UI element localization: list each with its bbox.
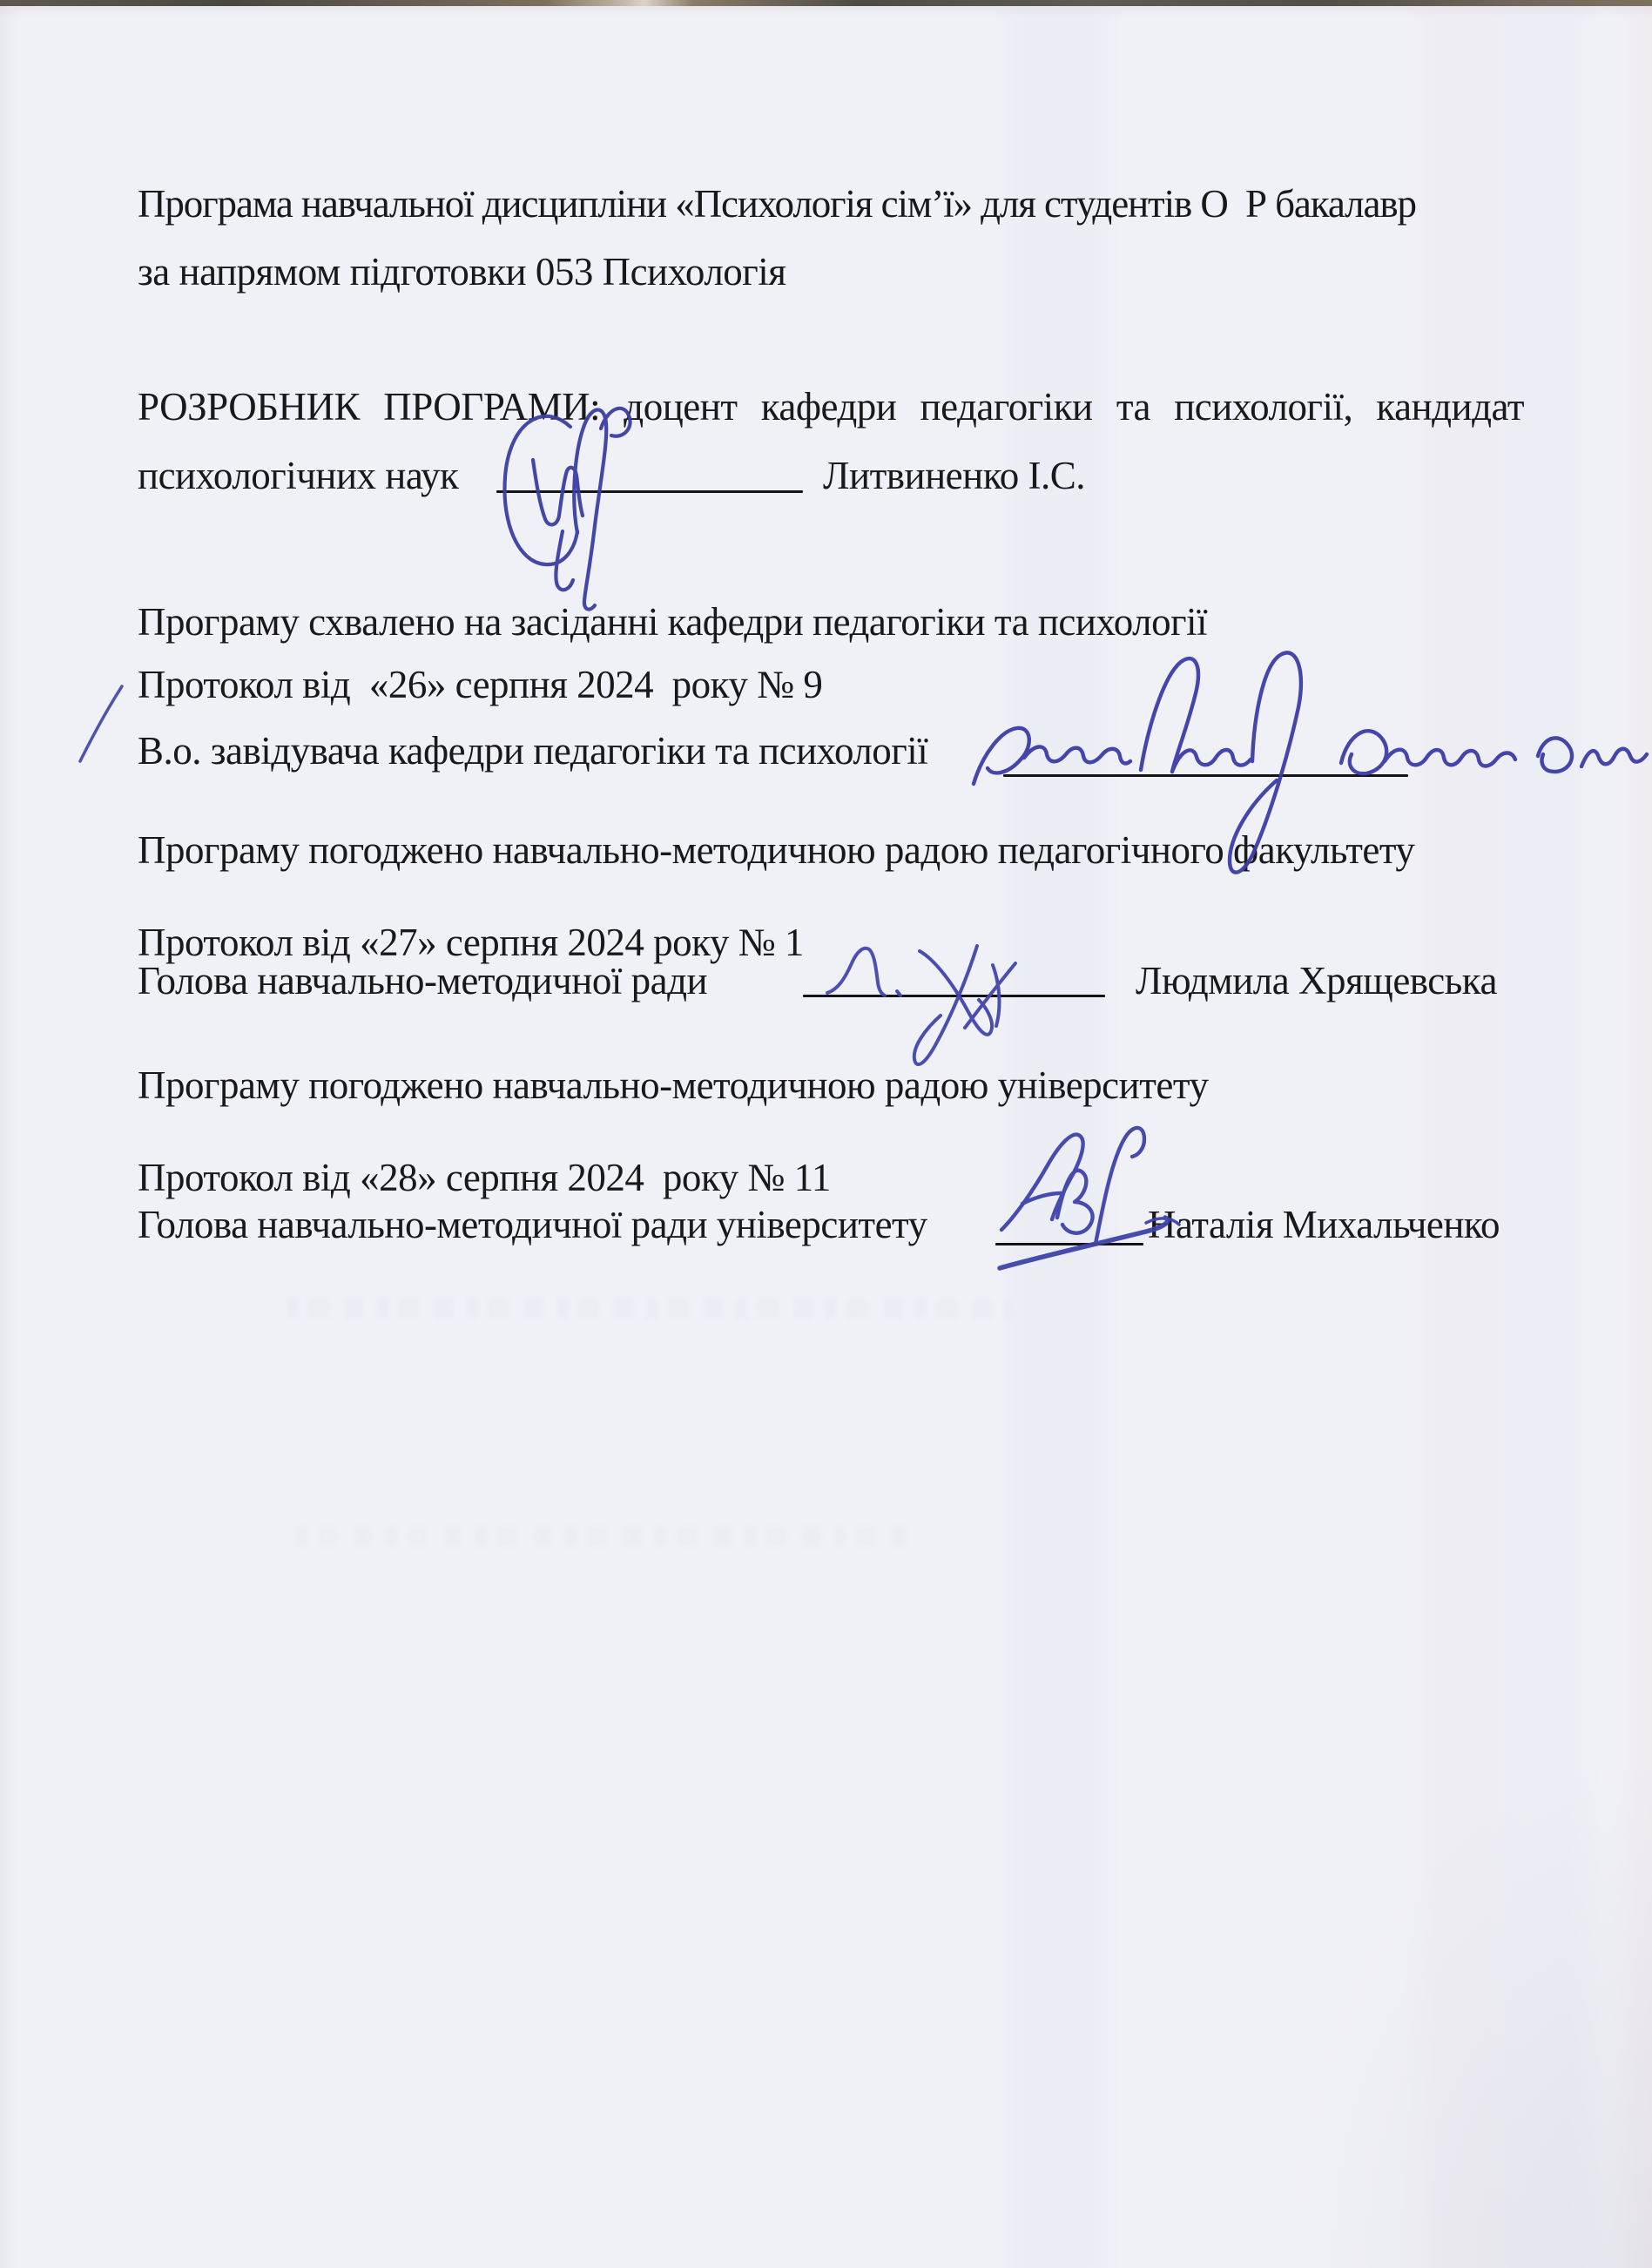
title-line-2: за напрямом підготовки 053 Психологія [138, 249, 786, 294]
signature-line-faculty-head [803, 995, 1105, 997]
signature-line-developer [496, 490, 803, 493]
signature-faculty-head [827, 946, 1015, 1064]
margin-ink-slash [80, 686, 122, 761]
acting-head-label: В.о. завідувача кафедри педагогіки та пс… [138, 728, 927, 773]
faculty-approval-line: Програму погоджено навчально-методичною … [138, 827, 1414, 873]
signature-line-university-head [995, 1243, 1143, 1245]
signature-line-acting-head [1003, 774, 1408, 777]
faculty-head-label: Голова навчально-методичної ради [138, 958, 707, 1003]
signature-developer [504, 408, 630, 610]
title-line-1: Програма навчальної дисципліни «Психолог… [138, 181, 1416, 226]
university-head-name: Наталія Михальченко [1148, 1202, 1500, 1247]
ink-overlay [0, 0, 1652, 2268]
developer-name: Литвиненко І.С. [823, 453, 1085, 498]
bleedthrough-ghost-text [287, 1298, 1010, 1319]
scan-top-edge [0, 0, 1652, 6]
university-head-label: Голова навчально-методичної ради універс… [138, 1202, 927, 1247]
dept-approval-line: Програму схвалено на засіданні кафедри п… [138, 599, 1207, 645]
scanned-document-page: Програма навчальної дисципліни «Психолог… [0, 0, 1652, 2268]
university-approval-line: Програму погоджено навчально-методичною … [138, 1063, 1208, 1108]
bleedthrough-ghost-text [296, 1526, 906, 1547]
developer-paragraph: РОЗРОБНИК ПРОГРАМИ: доцент кафедри педаг… [138, 384, 1524, 429]
faculty-head-name: Людмила Хрящевська [1136, 958, 1497, 1003]
dept-protocol-line: Протокол від «26» серпня 2024 року № 9 [138, 662, 822, 707]
developer-degree-label: психологічних наук [138, 453, 458, 498]
university-protocol-line: Протокол від «28» серпня 2024 року № 11 [138, 1155, 831, 1200]
